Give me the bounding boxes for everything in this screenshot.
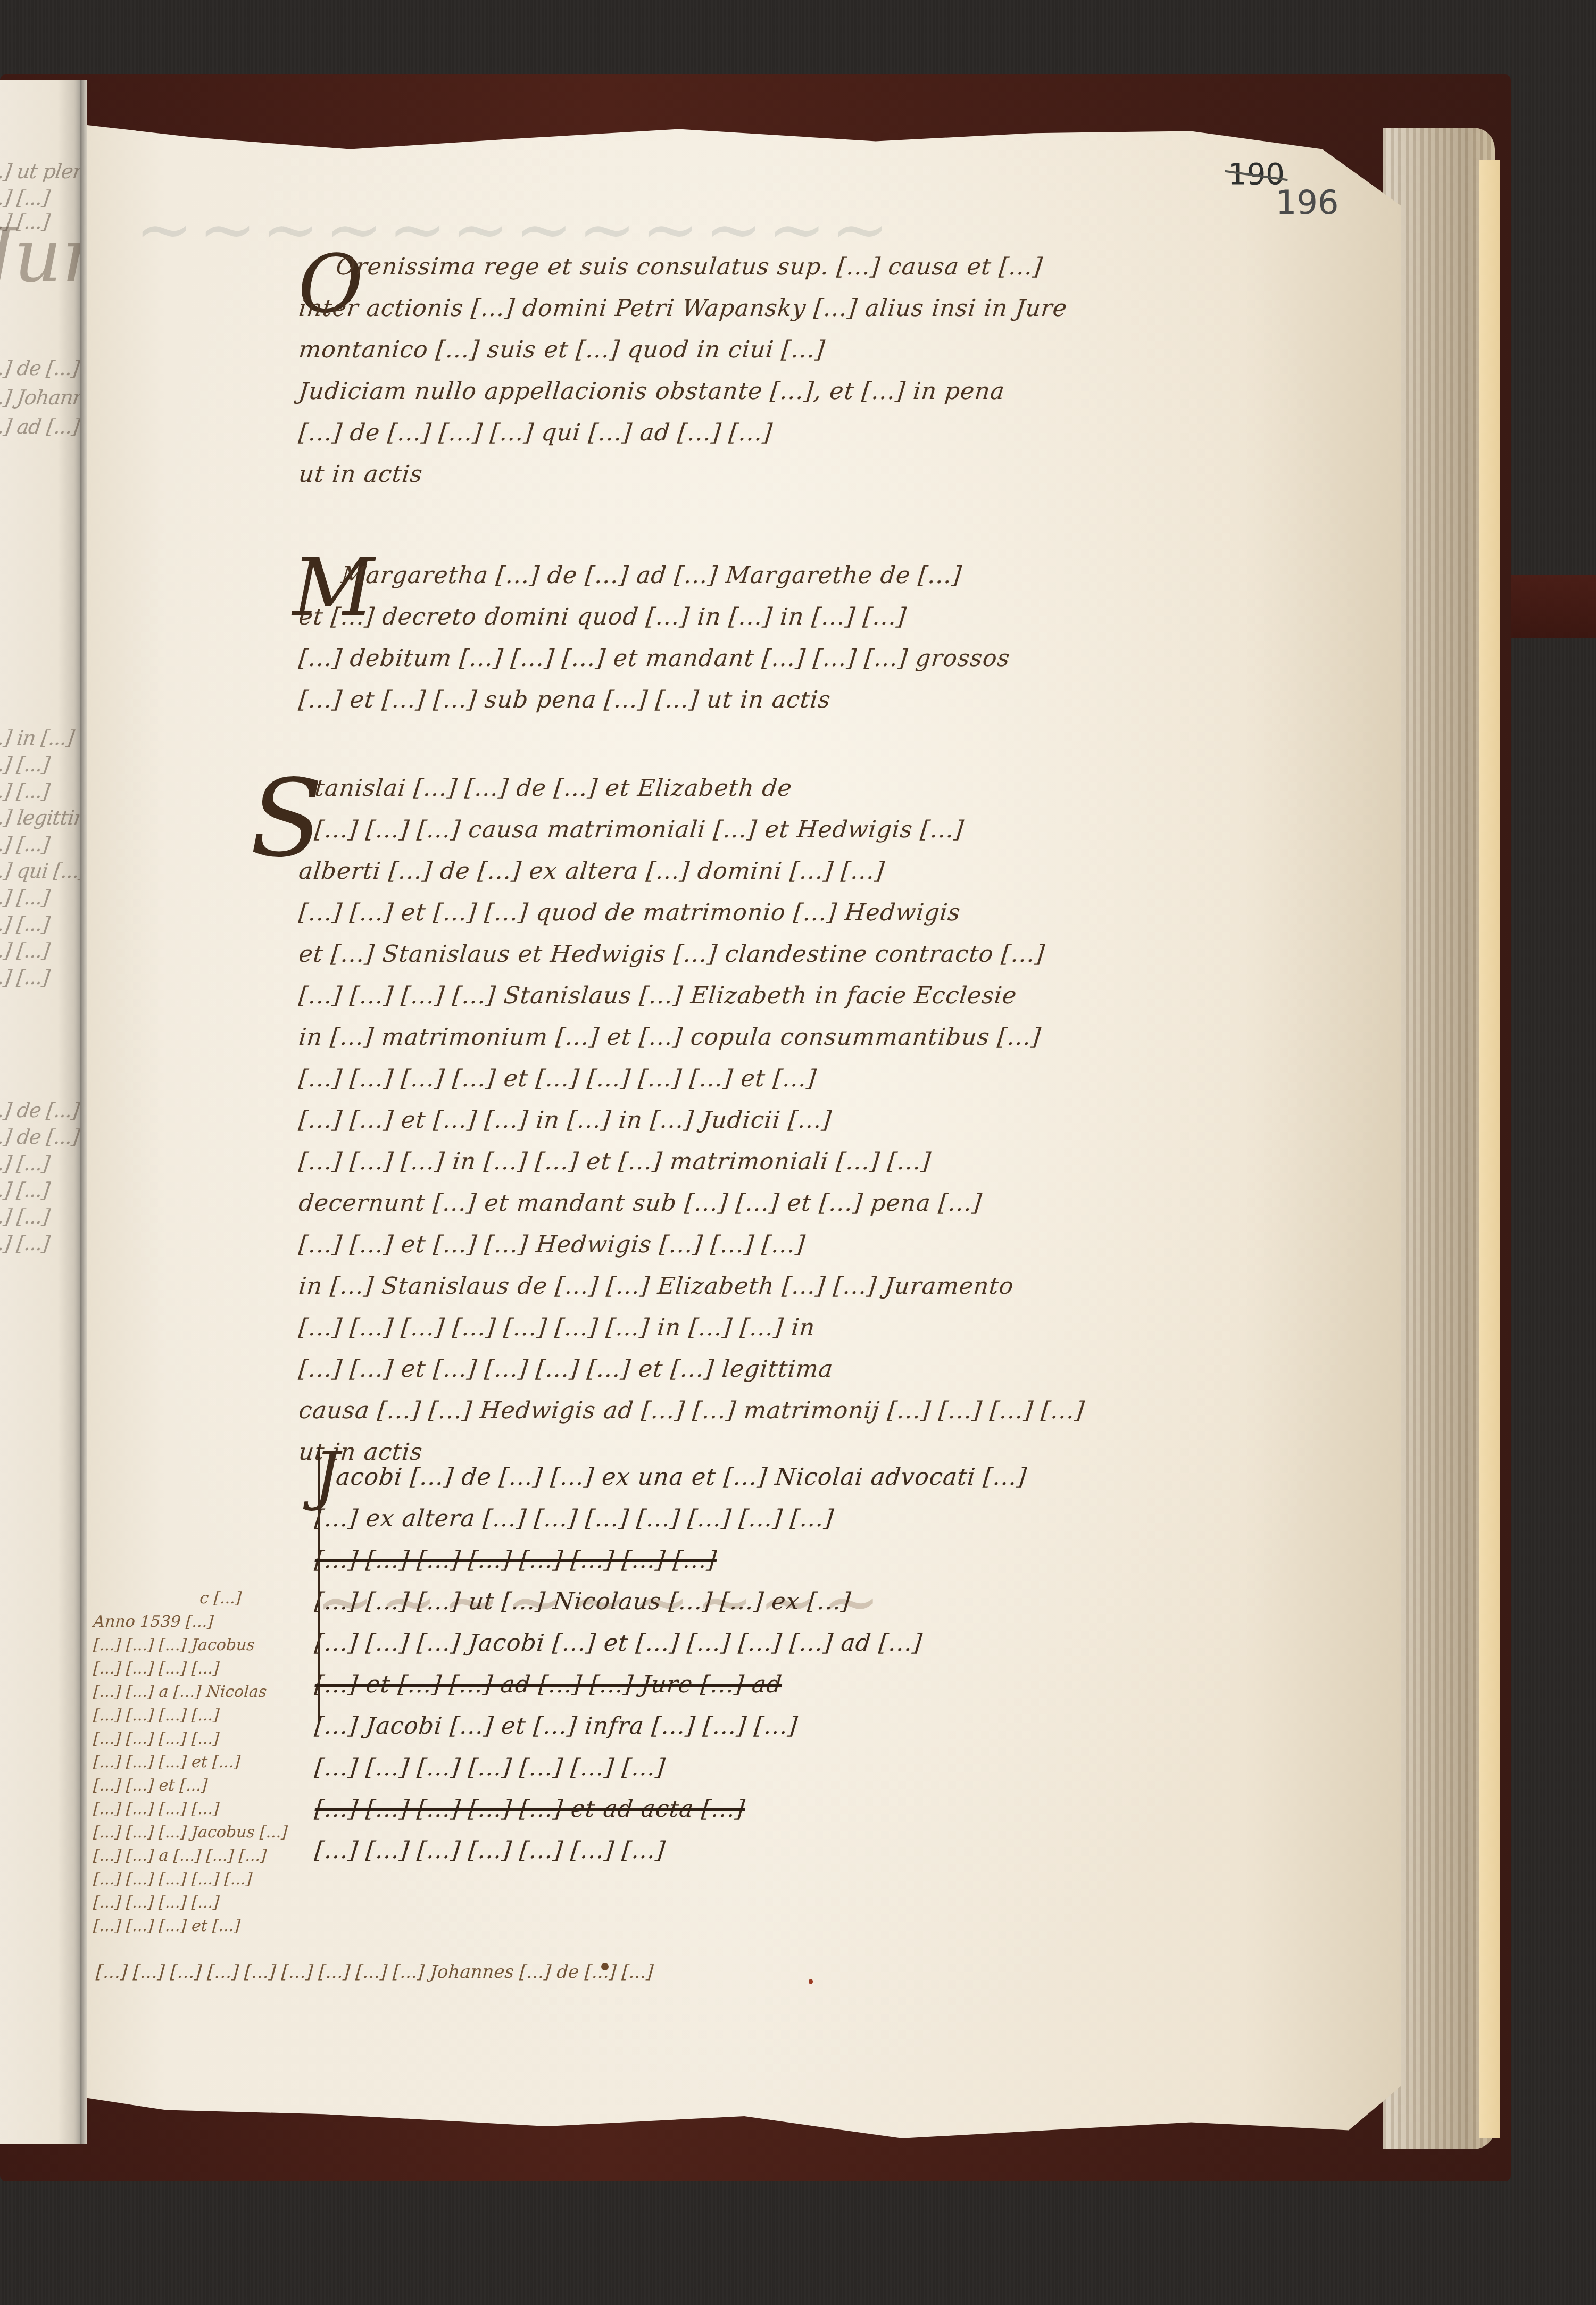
entry-line: [...] de [...] [...] [...] qui [...] ad … xyxy=(296,421,1069,463)
ink-spot xyxy=(809,1979,813,1984)
left-line: [...] legittime xyxy=(0,806,82,829)
left-line: [...] [...] xyxy=(0,1231,51,1255)
entry-line: Judiciam nullo appellacionis obstante [.… xyxy=(296,380,1069,421)
margin-line: Anno 1539 [...] xyxy=(92,1614,288,1637)
entry-line: [...] [...] [...] causa matrimoniali [..… xyxy=(312,818,1086,860)
entry-line: [...] ex altera [...] [...] [...] [...] … xyxy=(312,1507,1028,1549)
margin-line: [...] [...] [...] [...] [...] xyxy=(92,1871,288,1895)
left-line: [...] [...] xyxy=(0,833,51,856)
left-line: [...] [...] xyxy=(0,753,51,776)
entry-line: [...] [...] [...] in [...] [...] et [...… xyxy=(296,1150,1086,1192)
entry-4: J acobi [...] de [...] [...] ex una et [… xyxy=(314,1466,1026,1880)
entry-line: alberti [...] de [...] ex altera [...] d… xyxy=(296,860,1086,901)
footer-note: [...] [...] [...] [...] [...] [...] [...… xyxy=(96,1963,653,1990)
left-line: [...] Johannes xyxy=(0,386,82,409)
entry-line: [...] [...] et [...] [...] [...] [...] e… xyxy=(296,1358,1086,1399)
margin-line: c [...] xyxy=(198,1591,288,1614)
entry-line: [...] [...] [...] [...] Stanislaus [...]… xyxy=(296,984,1086,1026)
entry-line-struck: [...] et [...] [...] ad [...] [...] Jure… xyxy=(312,1673,1028,1715)
left-line: [...] [...] xyxy=(0,779,51,803)
left-line: [...] ut plenius xyxy=(0,160,82,183)
entry-line: inter actionis [...] domini Petri Wapans… xyxy=(296,297,1069,338)
gutter xyxy=(80,80,87,2144)
margin-line: [...] [...] [...] Jacobus [...] xyxy=(92,1825,288,1848)
footer-line: [...] [...] [...] [...] [...] [...] [...… xyxy=(95,1963,654,1990)
entry-line: acobi [...] de [...] [...] ex una et [..… xyxy=(333,1466,1028,1507)
margin-line: [...] [...] [...] [...] xyxy=(92,1708,288,1731)
entry-line: [...] [...] [...] Jacobi [...] et [...] … xyxy=(312,1632,1028,1673)
entry-line: ut in actis xyxy=(296,463,1069,504)
left-line: [...] ad [...] xyxy=(0,415,81,438)
left-page-verso: Juny [...] ut plenius [...] [...] [...] … xyxy=(0,80,82,2144)
entry-line: decernunt [...] et mandant sub [...] [..… xyxy=(296,1192,1086,1233)
margin-line: [...] [...] [...] [...] xyxy=(92,1661,288,1684)
margin-line: [...] [...] [...] [...] xyxy=(92,1801,288,1825)
margin-line: [...] [...] [...] [...] xyxy=(92,1731,288,1754)
left-line: [...] [...] xyxy=(0,1205,51,1228)
entry-line: tanislai [...] [...] de [...] et Elizabe… xyxy=(312,777,1086,818)
left-line: [...] de [...] xyxy=(0,356,81,380)
entry-line: in [...] Stanislaus de [...] [...] Eliza… xyxy=(296,1275,1086,1316)
left-line: [...] [...] xyxy=(0,186,51,210)
margin-note: c [...] Anno 1539 [...] [...] [...] [...… xyxy=(93,1591,287,1942)
left-line: [...] de [...] xyxy=(0,1125,81,1149)
left-line: [...] qui [...] xyxy=(0,859,82,883)
entry-line: [...] [...] et [...] [...] quod de matri… xyxy=(296,901,1086,943)
entry-line: [...] [...] [...] [...] [...] [...] [...… xyxy=(312,1756,1028,1798)
left-line: [...] [...] xyxy=(0,886,51,909)
entry-line-struck: [...] [...] [...] [...] [...] [...] [...… xyxy=(312,1549,1028,1590)
entry-line: [...] Jacobi [...] et [...] infra [...] … xyxy=(312,1715,1028,1756)
entry-line: causa [...] [...] Hedwigis ad [...] [...… xyxy=(296,1399,1086,1441)
left-line: [...] [...] xyxy=(0,1152,51,1175)
entry-line: [...] [...] [...] [...] [...] [...] [...… xyxy=(296,1316,1086,1358)
margin-line: [...] [...] [...] et [...] xyxy=(92,1754,288,1778)
ink-spot xyxy=(601,1963,609,1970)
folio-number: 190 196 xyxy=(1228,160,1339,219)
entry-line: [...] [...] [...] [...] et [...] [...] [… xyxy=(296,1067,1086,1109)
entry-line: [...] [...] [...] [...] [...] [...] [...… xyxy=(312,1839,1028,1880)
margin-line: [...] [...] et [...] xyxy=(92,1778,288,1801)
entry-1: O Orenissima rege et suis consulatus sup… xyxy=(298,255,1066,504)
old-folio-number: 190 xyxy=(1228,160,1285,189)
left-line: [...] de [...] xyxy=(0,1099,81,1122)
entry-line: [...] [...] [...] ut [...] Nicolaus [...… xyxy=(312,1590,1028,1632)
entry-line: [...] [...] et [...] [...] Hedwigis [...… xyxy=(296,1233,1086,1275)
left-line: [...] [...] xyxy=(0,939,51,962)
current-folio-number: 196 xyxy=(1276,186,1339,219)
left-line: [...] [...] xyxy=(0,912,51,936)
left-line: [...] [...] xyxy=(0,1178,51,1202)
entry-line: Orenissima rege et suis consulatus sup. … xyxy=(333,255,1069,297)
entry-line: [...] debitum [...] [...] [...] et manda… xyxy=(296,647,1011,688)
margin-line: [...] [...] [...] Jacobus xyxy=(92,1637,288,1661)
entry-line: in [...] matrimonium [...] et [...] copu… xyxy=(296,1026,1086,1067)
margin-line: [...] [...] [...] et [...] xyxy=(92,1918,288,1942)
margin-line: [...] [...] a [...] Nicolas xyxy=(92,1684,288,1708)
entry-2: M Margaretha [...] de [...] ad [...] Mar… xyxy=(298,564,1009,730)
left-line: [...] in [...] xyxy=(0,726,76,750)
entry-line: [...] et [...] [...] sub pena [...] [...… xyxy=(296,688,1011,730)
entry-line: et [...] decreto domini quod [...] in [.… xyxy=(296,605,1011,647)
entry-line: Margaretha [...] de [...] ad [...] Marga… xyxy=(338,564,1011,605)
left-line: [...] [...] xyxy=(0,966,51,989)
margin-line: [...] [...] [...] [...] xyxy=(92,1895,288,1918)
endpaper-edge xyxy=(1479,160,1500,2138)
entry-line: [...] [...] et [...] [...] in [...] in [… xyxy=(296,1109,1086,1150)
clasp-strap xyxy=(1511,575,1596,638)
entry-line: et [...] Stanislaus et Hedwigis [...] cl… xyxy=(296,943,1086,984)
entry-3: S tanislai [...] [...] de [...] et Eliza… xyxy=(298,777,1084,1482)
left-line: [...] [...] xyxy=(0,210,51,234)
margin-line: [...] [...] a [...] [...] [...] xyxy=(92,1848,288,1871)
entry-line-struck: [...] [...] [...] [...] [...] et ad acta… xyxy=(312,1798,1028,1839)
entry-line: montanico [...] suis et [...] quod in ci… xyxy=(296,338,1069,380)
